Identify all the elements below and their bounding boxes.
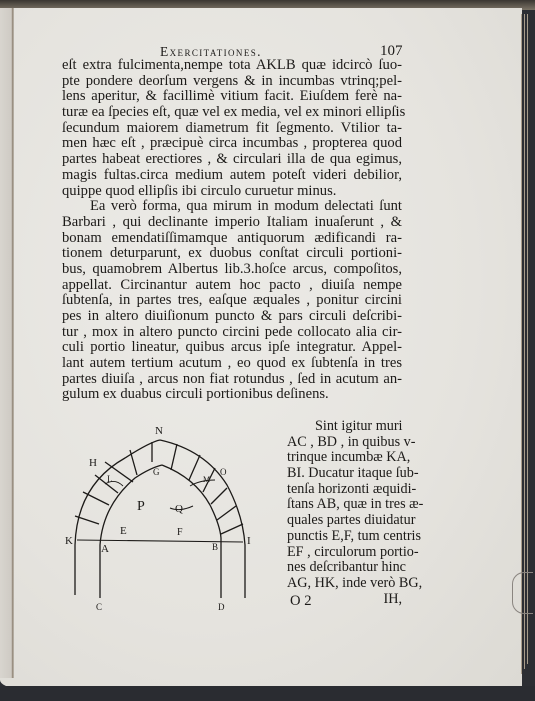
text-line: punctis E,F, tum centris (287, 529, 402, 545)
text-line: lens aperitur, & facillimè vitium facit.… (62, 89, 402, 105)
text-line: AG, HK, inde verò BG, (287, 576, 402, 592)
outer-arc-left (75, 440, 160, 595)
label-N: N (155, 425, 163, 437)
text-line: BI. Ducatur itaque ſub- (287, 466, 402, 482)
label-K: K (65, 535, 73, 547)
text-line: culi portio lineatur, quibus arcus ipſe … (62, 340, 402, 356)
text-line: Sint igitur muri (287, 419, 402, 435)
text-line: tionem deturparunt, ex duobus conſtat ci… (62, 246, 402, 262)
pointed-arch-diagram: N H G O L M P Q E F K A B I C D (55, 420, 265, 615)
text-line: EF , circulorum portio- (287, 545, 402, 561)
label-B: B (212, 542, 218, 552)
main-text: eſt extra fulcimenta,nempe tota AKLB quæ… (62, 58, 402, 403)
inner-arc-left (100, 465, 162, 598)
text-line: turæ ea ſpecies eſt, quæ vel ex media, v… (62, 105, 402, 121)
text-line: partes diuiſa , arcus non fiat rotundus … (62, 372, 402, 388)
text-line: quales partes diuidatur (287, 513, 402, 529)
text-line: appellat. Circinantur autem hoc pacto , … (62, 278, 402, 294)
text-line: ſtans AB, quæ in tres æ- (287, 497, 402, 513)
signature-mark: O 2 (290, 593, 312, 610)
page-edge-line (527, 14, 528, 664)
text-line: quippe quod ellipſis ibi circulo curuetu… (62, 184, 402, 200)
label-Q: Q (175, 503, 183, 515)
text-line: gulum ex duabus circuli portionibus deſi… (62, 387, 402, 403)
label-E: E (120, 525, 127, 537)
diagram-caption-text: Sint igitur muri AC , BD , in quibus v- … (287, 419, 402, 607)
page-tab-marker (512, 572, 533, 614)
text-line: eſt extra fulcimenta,nempe tota AKLB quæ… (62, 58, 402, 74)
text-line: pes in altero diuiſionum puncto & pars c… (62, 309, 402, 325)
text-line: trinque incumbæ KA, (287, 450, 402, 466)
label-O: O (220, 467, 227, 477)
text-line: AC , BD , in quibus v- (287, 435, 402, 451)
text-line: Ea verò forma, qua mirum in modum delect… (62, 199, 402, 215)
label-D: D (218, 602, 225, 612)
text-line: ſubtenſa, in partes tres, eaſque æquales… (62, 293, 402, 309)
text-line: tenſa horizonti æquidi- (287, 482, 402, 498)
text-line: partes habeat erectiores , & circulari i… (62, 152, 402, 168)
label-P: P (137, 499, 145, 514)
text-line: bonam emendatiſſimamque antiquorum ædifi… (62, 231, 402, 247)
label-L: L (107, 474, 113, 484)
label-C: C (96, 602, 102, 612)
text-line: bus, quamobrem Albertus lib.3.hoſce arcu… (62, 262, 402, 278)
label-G: G (153, 467, 160, 477)
text-line: tur , mox in altero puncto circini pede … (62, 325, 402, 341)
paragraph-2: Ea verò forma, qua mirum in modum delect… (62, 199, 402, 403)
text-line: pte pondere deorſum vergens & in incumba… (62, 74, 402, 90)
text-line: magis fultas.circa medium autem poteſt v… (62, 168, 402, 184)
page-edge-line (524, 14, 525, 669)
text-line: Barbari , qui declinante imperio Italiam… (62, 215, 402, 231)
label-H: H (89, 457, 97, 469)
label-M: M (203, 475, 210, 484)
springing-line (77, 540, 243, 542)
paragraph-1: eſt extra fulcimenta,nempe tota AKLB quæ… (62, 58, 402, 199)
text-line: nes deſcribantur hinc (287, 560, 402, 576)
label-I: I (247, 535, 251, 547)
label-A: A (101, 543, 109, 555)
text-line: lant autem tertium acutum , eo quod ex ſ… (62, 356, 402, 372)
label-F: F (177, 527, 183, 538)
scan-bottom-edge (0, 686, 535, 701)
text-line: ſecundum maiorem diametrum fit ſegmento.… (62, 121, 402, 137)
text-line: men hæc eſt , præcipuè circa incumbas , … (62, 136, 402, 152)
book-binding-gutter (0, 8, 14, 678)
